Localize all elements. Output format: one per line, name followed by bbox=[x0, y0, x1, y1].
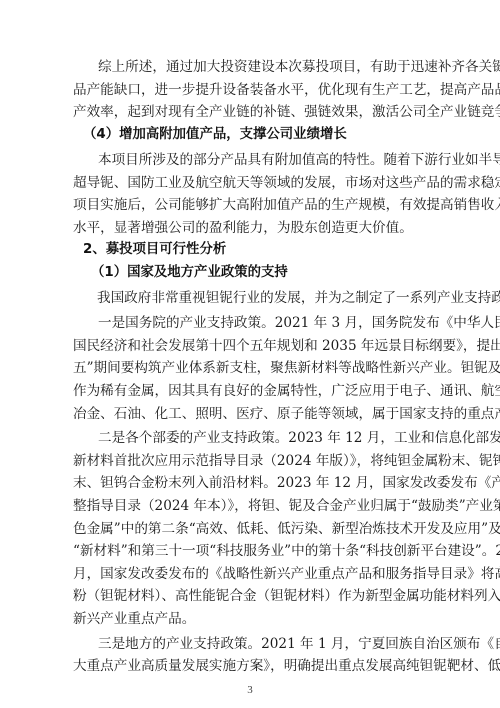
paragraph-line: “新材料”和第三十一项“科技服务业”中的第十条“科技创新平台建设”。2017 年… bbox=[73, 541, 427, 561]
paragraph-line: 大重点产业高质量发展实施方案》，明确提出重点发展高纯钽铌靶材、低温超导 bbox=[73, 656, 427, 676]
document-page: 综上所述，通过加大投资建设本次募投项目，有助于迅速补齐各关键环节产 品产能缺口，… bbox=[0, 0, 500, 708]
page-number: 3 bbox=[240, 684, 260, 696]
paragraph-line: 超导铌、国防工业及航空航天等领域的发展，市场对这些产品的需求稳定上涨。 bbox=[73, 173, 427, 193]
paragraph-line: 新材料首批次应用示范指导目录（2024 年版）》，将纯钽金属粉末、铌钨合金粉 bbox=[73, 451, 427, 471]
paragraph-line: 项目实施后，公司能够扩大高附加值产品的生产规模，有效提高销售收入与利润 bbox=[73, 195, 427, 215]
subsection-heading: （1）国家及地方产业政策的支持 bbox=[91, 263, 445, 283]
paragraph-line: 月，国家发改委发布的《战略性新兴产业重点产品和服务指导目录》将高比容钽 bbox=[73, 564, 427, 584]
paragraph-line: 末、钽钨合金粉末列入前沿材料。2023 年 12 月，国家发改委发布《产业结构调 bbox=[73, 473, 427, 493]
paragraph-line: 三是地方的产业支持政策。2021 年 1 月，宁夏回族自治区颁布《自治区九 bbox=[98, 634, 427, 654]
section-heading: 2、募投项目可行性分析 bbox=[83, 240, 437, 260]
paragraph-line: 我国政府非常重视钽铌行业的发展，并为之制定了一系列产业支持政策。 bbox=[97, 288, 451, 308]
paragraph-line: 本项目所涉及的部分产品具有附加值高的特性。随着下游行业如半导体靶材、 bbox=[98, 150, 427, 170]
paragraph-line: 五”期间要构筑产业体系新支柱，聚焦新材料等战略性新兴产业。钽铌及其制品 bbox=[73, 358, 427, 378]
paragraph-line: 新兴产业重点产品。 bbox=[73, 609, 427, 629]
paragraph-line: 色金属”中的第二条“高效、低耗、低污染、新型冶炼技术开发及应用”及第四条 bbox=[73, 519, 427, 539]
paragraph-line: 综上所述，通过加大投资建设本次募投项目，有助于迅速补齐各关键环节产 bbox=[98, 57, 427, 77]
paragraph-line: 二是各个部委的产业支持政策。2023 年 12 月，工业和信息化部发布《重点 bbox=[98, 428, 427, 448]
paragraph-line: 冶金、石油、化工、照明、医疗、原子能等领域，属于国家支持的重点产业。 bbox=[73, 404, 427, 424]
paragraph-line: 一是国务院的产业支持政策。2021 年 3 月，国务院发布《中华人民共和国 bbox=[98, 313, 427, 333]
paragraph-line: 品产能缺口，进一步提升设备装备水平，优化现有生产工艺，提高产品品质及生 bbox=[73, 80, 427, 100]
paragraph-line: 整指导目录（2024 年本）》，将钽、铌及合金产业归属于“鼓励类”产业第九项“有 bbox=[73, 496, 427, 516]
paragraph-line: 水平，显著增强公司的盈利能力，为股东创造更大价值。 bbox=[73, 218, 427, 238]
section-heading: （4）增加高附加值产品，支撑公司业绩增长 bbox=[83, 125, 437, 145]
paragraph-line: 作为稀有金属，因其具有良好的金属特性，广泛应用于电子、通讯、航空、航天、 bbox=[73, 381, 427, 401]
paragraph-line: 粉（钽铌材料）、高性能铌合金（钽铌材料）作为新型金属功能材料列入战略性 bbox=[73, 586, 427, 606]
paragraph-line: 产效率，起到对现有全产业链的补链、强链效果，激活公司全产业链竞争优势。 bbox=[73, 102, 427, 122]
paragraph-line: 国民经济和社会发展第十四个五年规划和 2035 年远景目标纲要》，提出“十四 bbox=[73, 336, 427, 356]
